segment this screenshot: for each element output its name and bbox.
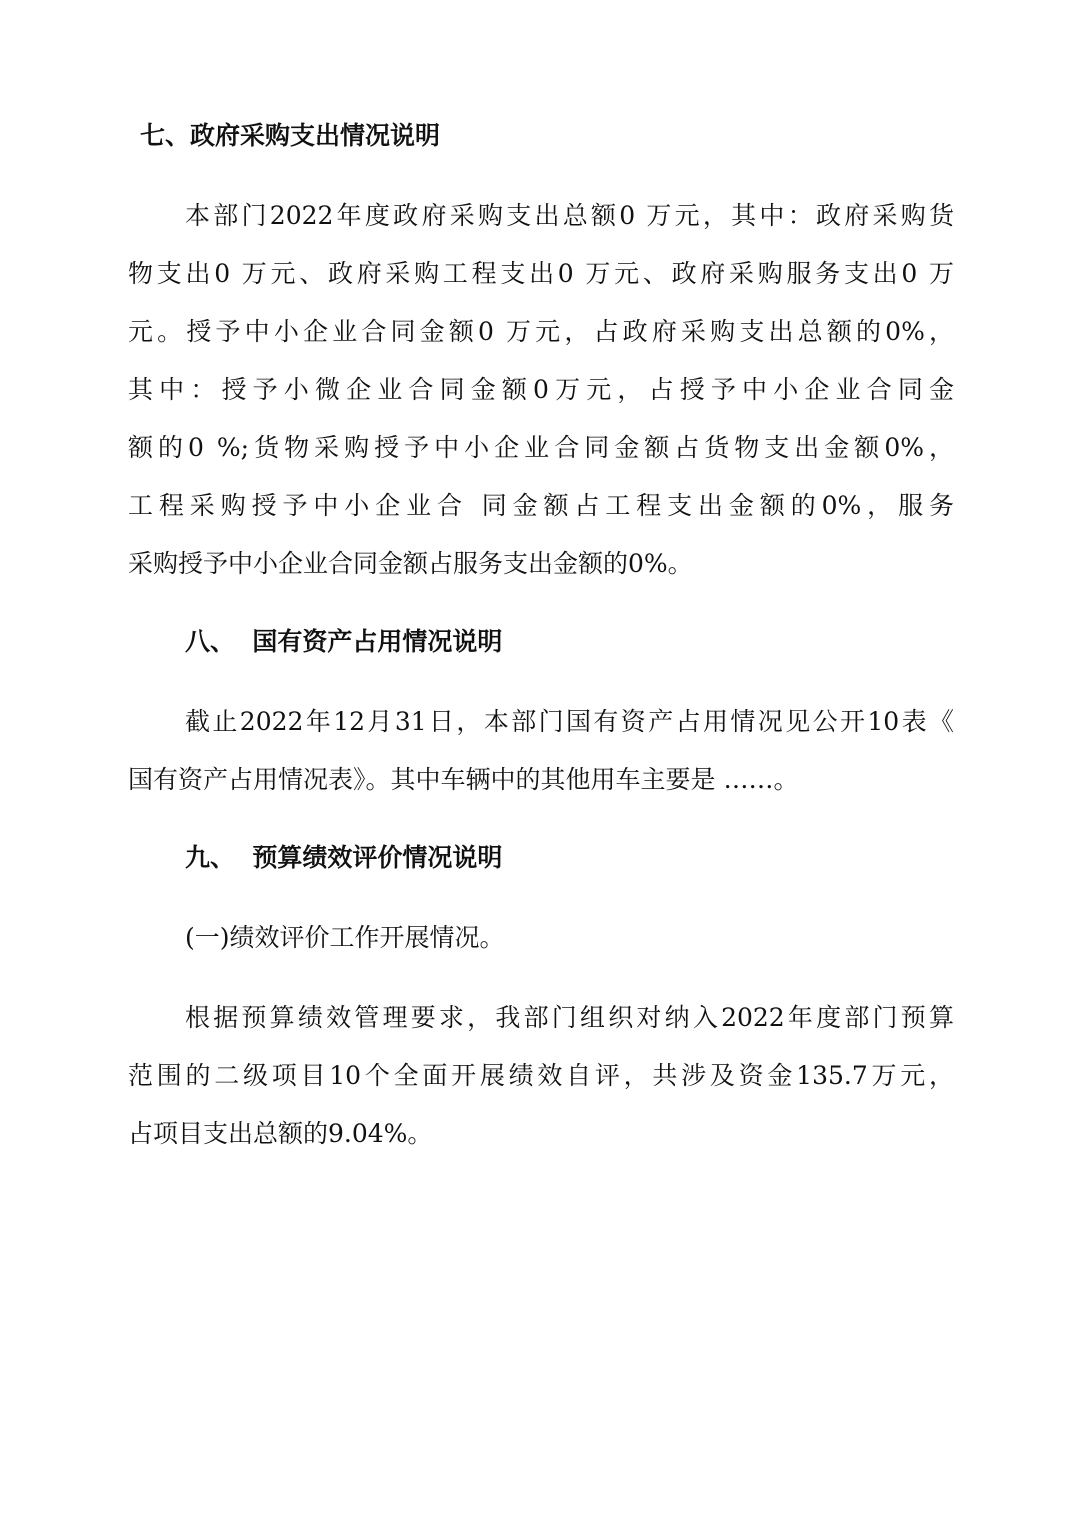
document-page: 七、政府采购支出情况说明 本部门2022年度政府采购支出总额0 万元，其中：政府… bbox=[0, 0, 1072, 1527]
section-heading-government-procurement: 七、政府采购支出情况说明 bbox=[140, 120, 440, 152]
paragraph-line: 根据预算绩效管理要求，我部门组织对纳入2022年度部门预算 bbox=[185, 1002, 954, 1034]
paragraph-line: 占项目支出总额的9.04%。 bbox=[128, 1118, 432, 1150]
section-heading-state-assets: 八、 国有资产占用情况说明 bbox=[185, 626, 502, 658]
paragraph-line: 范围的二级项目10个全面开展绩效自评，共涉及资金135.7万元， bbox=[128, 1060, 954, 1092]
section-heading-performance-evaluation: 九、 预算绩效评价情况说明 bbox=[185, 842, 502, 874]
paragraph-line: 额的0 %;货物采购授予中小企业合同金额占货物支出金额0%， bbox=[128, 432, 954, 464]
paragraph-line: 工程采购授予中小企业合 同金额占工程支出金额的0%，服务 bbox=[128, 490, 954, 522]
paragraph-line: 元。授予中小企业合同金额0 万元，占政府采购支出总额的0%， bbox=[128, 316, 954, 348]
subsection-heading: (一)绩效评价工作开展情况。 bbox=[185, 922, 954, 954]
paragraph-line: 国有资产占用情况表》。其中车辆中的其他用车主要是 ……。 bbox=[128, 764, 798, 796]
paragraph-line: 本部门2022年度政府采购支出总额0 万元，其中：政府采购货 bbox=[185, 200, 954, 232]
paragraph-line: 采购授予中小企业合同金额占服务支出金额的0%。 bbox=[128, 548, 693, 580]
paragraph-line: 其中：授予小微企业合同金额0万元，占授予中小企业合同金 bbox=[128, 374, 954, 406]
paragraph-line: 截止2022年12月31日，本部门国有资产占用情况见公开10表《 bbox=[185, 706, 954, 738]
paragraph-line: 物支出0 万元、政府采购工程支出0 万元、政府采购服务支出0 万 bbox=[128, 258, 954, 290]
